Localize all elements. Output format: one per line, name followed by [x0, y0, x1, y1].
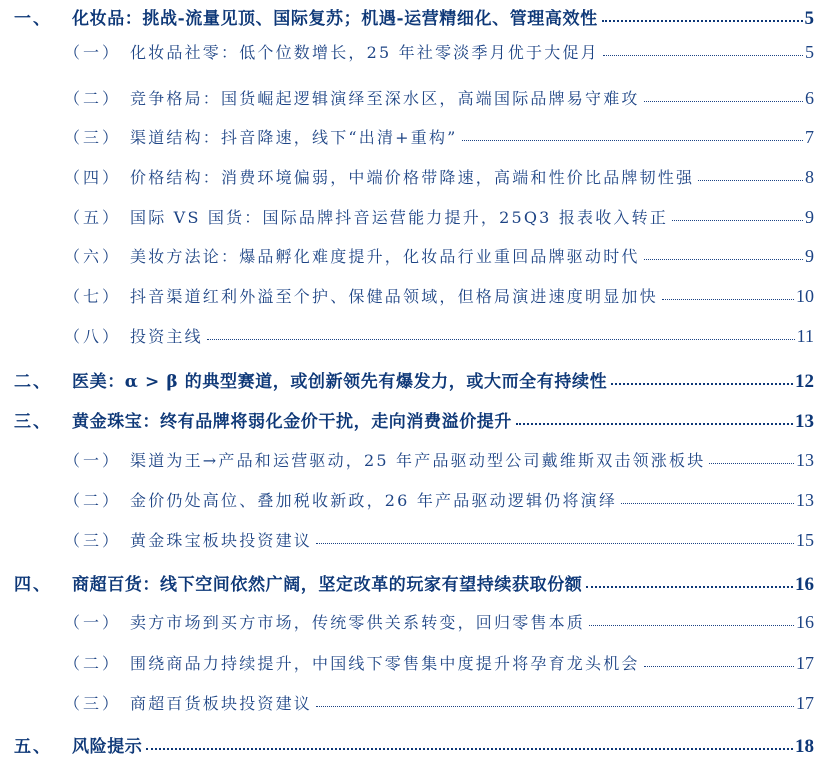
toc-entry-title: 商超百货：线下空间依然广阔，坚定改革的玩家有望持续获取份额 — [72, 570, 582, 595]
toc-entry-title: 价格结构：消费环境偏弱，中端价格带降速，高端和性价比品牌韧性强 — [130, 165, 694, 188]
toc-entry-section-1-5[interactable]: （五） 国际 VS 国货：国际品牌抖音运营能力提升，25Q3 报表收入转正 9 — [0, 205, 814, 233]
toc-entry-section-1-6[interactable]: （六） 美妆方法论：爆品孵化难度提升，化妆品行业重回品牌驱动时代 9 — [0, 244, 814, 272]
toc-entry-number: 五、 — [0, 732, 72, 757]
dot-leader — [662, 286, 794, 302]
toc-entry-section-4-2[interactable]: （二） 围绕商品力持续提升，中国线下零售集中度提升将孕育龙头机会 17 — [0, 651, 814, 679]
toc-entry-page: 12 — [795, 371, 814, 393]
dot-leader — [207, 326, 795, 342]
toc-entry-title: 渠道为王→产品和运营驱动，25 年产品驱动型公司戴维斯双击领涨板块 — [130, 448, 705, 471]
toc-entry-section-1-7[interactable]: （七） 抖音渠道红利外溢至个护、保健品领域，但格局演进速度明显加快 10 — [0, 284, 814, 312]
toc-entry-page: 15 — [796, 530, 814, 551]
toc-entry-title: 竞争格局：国货崛起逻辑演绎至深水区，高端国际品牌易守难攻 — [130, 86, 640, 109]
toc-entry-section-4-3[interactable]: （三） 商超百货板块投资建议 17 — [0, 691, 814, 719]
toc-entry-number: （三） — [0, 528, 130, 551]
dot-leader — [698, 167, 803, 183]
toc-entry-number: （一） — [0, 40, 130, 63]
toc-entry-title: 商超百货板块投资建议 — [130, 691, 312, 714]
toc-entry-title: 抖音渠道红利外溢至个护、保健品领域，但格局演进速度明显加快 — [130, 284, 658, 307]
toc-entry-number: （六） — [0, 244, 130, 267]
toc-entry-number: （一） — [0, 448, 130, 471]
toc-entry-number: （三） — [0, 691, 130, 714]
dot-leader — [316, 530, 794, 546]
toc-entry-page: 5 — [805, 42, 814, 63]
toc-entry-section-1-8[interactable]: （八） 投资主线 11 — [0, 324, 814, 352]
toc-entry-page: 5 — [805, 8, 815, 30]
toc-entry-title: 黄金珠宝：终有品牌将弱化金价干扰，走向消费溢价提升 — [72, 407, 512, 432]
dot-leader — [672, 207, 803, 223]
toc-entry-number: 一、 — [0, 4, 72, 29]
toc-entry-number: （八） — [0, 324, 130, 347]
dot-leader — [586, 573, 793, 590]
toc-entry-title: 黄金珠宝板块投资建议 — [130, 528, 312, 551]
dot-leader — [611, 370, 793, 387]
toc-entry-title: 投资主线 — [130, 324, 203, 347]
toc-entry-page: 17 — [796, 693, 814, 714]
dot-leader — [589, 612, 794, 628]
toc-entry-section-3-2[interactable]: （二） 金价仍处高位、叠加税收新政，26 年产品驱动逻辑仍将演绎 13 — [0, 488, 814, 516]
toc-entry-page: 9 — [805, 246, 814, 267]
toc-entry-number: 二、 — [0, 367, 72, 392]
toc-entry-page: 16 — [795, 574, 814, 596]
toc-entry-chapter-5[interactable]: 五、 风险提示 18 — [0, 732, 814, 760]
toc-entry-number: （二） — [0, 86, 130, 109]
dot-leader — [709, 450, 794, 466]
toc-entry-title: 卖方市场到买方市场，传统零供关系转变，回归零售本质 — [130, 610, 585, 633]
dot-leader — [621, 490, 794, 506]
toc-entry-section-1-4[interactable]: （四） 价格结构：消费环境偏弱，中端价格带降速，高端和性价比品牌韧性强 8 — [0, 165, 814, 193]
toc-entry-number: （二） — [0, 651, 130, 674]
dot-leader — [644, 653, 794, 669]
toc-entry-section-1-3[interactable]: （三） 渠道结构：抖音降速，线下“出清+重构” 7 — [0, 125, 814, 153]
toc-entry-title: 渠道结构：抖音降速，线下“出清+重构” — [130, 125, 458, 148]
toc-entry-title: 金价仍处高位、叠加税收新政，26 年产品驱动逻辑仍将演绎 — [130, 488, 617, 511]
toc-entry-title: 围绕商品力持续提升，中国线下零售集中度提升将孕育龙头机会 — [130, 651, 640, 674]
dot-leader — [146, 735, 793, 752]
toc-entry-number: （五） — [0, 205, 130, 228]
toc-entry-title: 化妆品：挑战-流量见顶、国际复苏；机遇-运营精细化、管理高效性 — [72, 4, 598, 29]
toc-entry-page: 11 — [797, 326, 814, 347]
toc-entry-page: 13 — [795, 411, 814, 433]
toc-entry-chapter-4[interactable]: 四、 商超百货：线下空间依然广阔，坚定改革的玩家有望持续获取份额 16 — [0, 570, 814, 598]
dot-leader — [603, 42, 803, 58]
toc-entry-page: 8 — [805, 167, 814, 188]
toc-entry-number: （二） — [0, 488, 130, 511]
toc-entry-page: 10 — [796, 286, 814, 307]
toc-entry-page: 13 — [796, 450, 814, 471]
toc-entry-title: 风险提示 — [72, 732, 142, 757]
toc-entry-section-3-3[interactable]: （三） 黄金珠宝板块投资建议 15 — [0, 528, 814, 556]
toc-entry-page: 16 — [796, 612, 814, 633]
toc-entry-title: 化妆品社零：低个位数增长，25 年社零淡季月优于大促月 — [130, 40, 599, 63]
toc-entry-number: 三、 — [0, 407, 72, 432]
toc-entry-page: 17 — [796, 653, 814, 674]
toc-entry-chapter-3[interactable]: 三、 黄金珠宝：终有品牌将弱化金价干扰，走向消费溢价提升 13 — [0, 407, 814, 435]
toc-entry-page: 18 — [795, 736, 814, 758]
toc-entry-section-1-2[interactable]: （二） 竞争格局：国货崛起逻辑演绎至深水区，高端国际品牌易守难攻 6 — [0, 86, 814, 114]
toc-entry-number: （一） — [0, 610, 130, 633]
toc-entry-page: 6 — [805, 88, 814, 109]
toc-entry-section-4-1[interactable]: （一） 卖方市场到买方市场，传统零供关系转变，回归零售本质 16 — [0, 610, 814, 638]
toc-entry-section-3-1[interactable]: （一） 渠道为王→产品和运营驱动，25 年产品驱动型公司戴维斯双击领涨板块 13 — [0, 448, 814, 476]
toc-entry-page: 9 — [805, 207, 814, 228]
toc-entry-page: 13 — [796, 490, 814, 511]
dot-leader — [516, 410, 793, 427]
toc-entry-section-1-1[interactable]: （一） 化妆品社零：低个位数增长，25 年社零淡季月优于大促月 5 — [0, 40, 814, 68]
dot-leader — [644, 88, 803, 104]
dot-leader — [316, 693, 794, 709]
toc-entry-number: （四） — [0, 165, 130, 188]
toc-entry-chapter-1[interactable]: 一、 化妆品：挑战-流量见顶、国际复苏；机遇-运营精细化、管理高效性 5 — [0, 4, 814, 32]
dot-leader — [462, 127, 803, 143]
toc-entry-title: 医美：α > β 的典型赛道，或创新领先有爆发力，或大而全有持续性 — [72, 367, 607, 392]
toc-entry-title: 美妆方法论：爆品孵化难度提升，化妆品行业重回品牌驱动时代 — [130, 244, 640, 267]
dot-leader — [602, 7, 803, 24]
toc-entry-title: 国际 VS 国货：国际品牌抖音运营能力提升，25Q3 报表收入转正 — [130, 205, 668, 228]
toc-entry-page: 7 — [805, 127, 814, 148]
toc-entry-chapter-2[interactable]: 二、 医美：α > β 的典型赛道，或创新领先有爆发力，或大而全有持续性 12 — [0, 367, 814, 395]
dot-leader — [644, 246, 803, 262]
toc-entry-number: 四、 — [0, 570, 72, 595]
toc-entry-number: （七） — [0, 284, 130, 307]
toc-entry-number: （三） — [0, 125, 130, 148]
